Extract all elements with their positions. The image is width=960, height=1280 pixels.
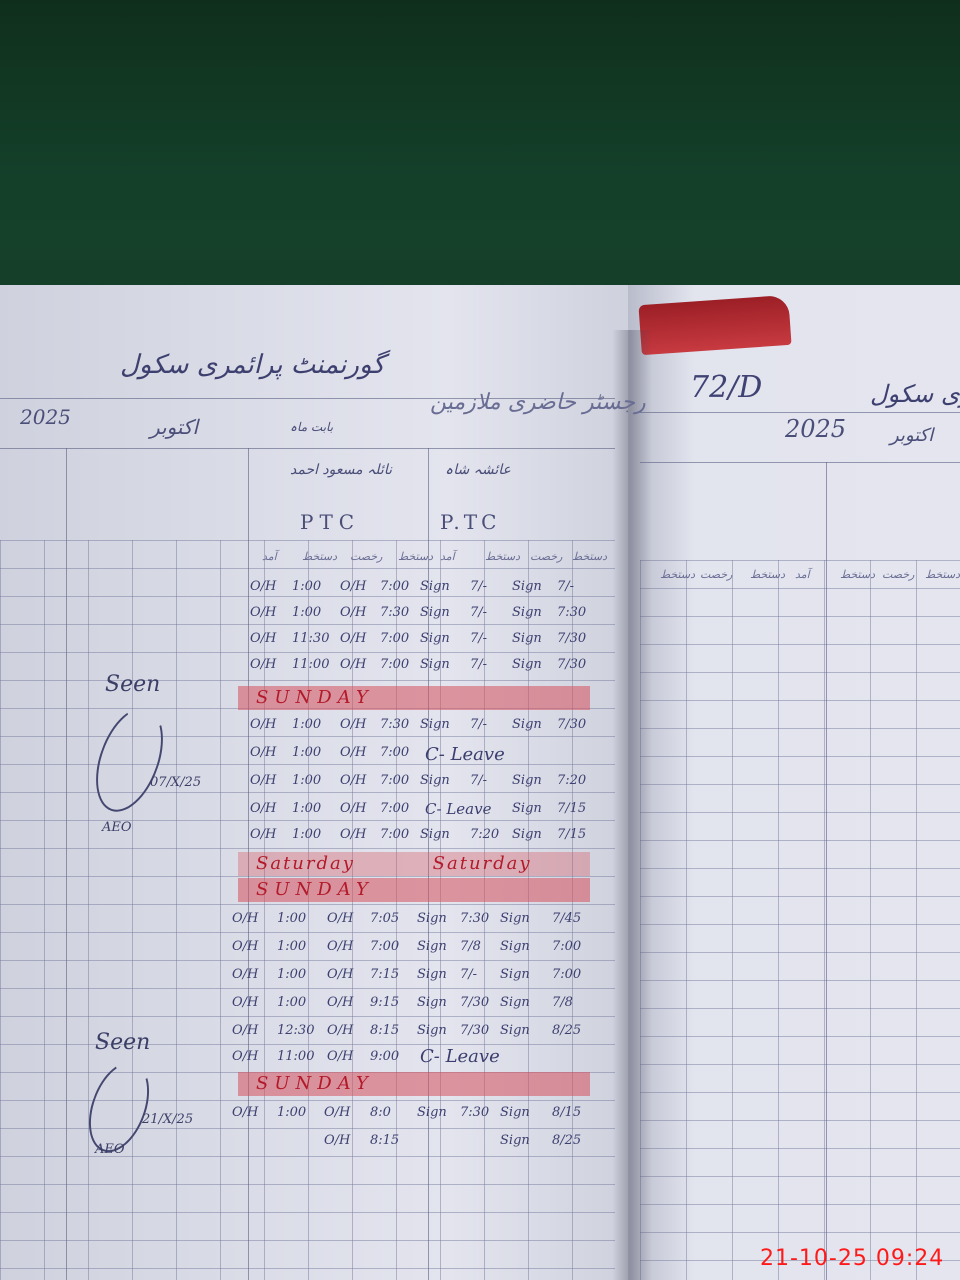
header-month: اکتوبر bbox=[150, 415, 198, 439]
column-head: آمد bbox=[262, 550, 277, 563]
staff-name-2: عائشہ شاہ bbox=[445, 462, 511, 478]
attendance-row: O/H1:00 O/H7:00 Sign7/8 Sign7:00 bbox=[232, 934, 592, 960]
camera-timestamp-overlay: 21-10-25 09:24 bbox=[760, 1246, 944, 1271]
column-head: دستخط bbox=[485, 550, 520, 563]
column-head: دستخط bbox=[302, 550, 337, 563]
saturday-holiday-row: Saturday Saturday bbox=[238, 852, 590, 876]
header-rule bbox=[640, 462, 960, 463]
column-head: رخصت bbox=[350, 550, 382, 563]
casual-leave-entry: C- Leave bbox=[420, 1046, 500, 1067]
column-head: دستخط bbox=[398, 550, 433, 563]
attendance-row: O/H1:00 O/H7:00 Sign7/- Sign7:20 bbox=[232, 768, 592, 794]
attendance-row: O/H1:00 O/H7:05 Sign7:30 Sign7/45 bbox=[232, 906, 592, 932]
casual-leave-entry: C- Leave bbox=[425, 800, 491, 818]
column-head: دستخط bbox=[572, 550, 607, 563]
signature-title: AEO bbox=[95, 1142, 125, 1157]
column-head: آمد bbox=[440, 550, 455, 563]
column-head: رخصت bbox=[530, 550, 562, 563]
green-cloth-background bbox=[0, 0, 960, 300]
casual-leave-entry: C- Leave bbox=[425, 744, 505, 765]
signature-date: 07/X/25 bbox=[150, 775, 201, 790]
red-bookmark-ribbon bbox=[638, 295, 791, 355]
staff-qualification-2: P.TC bbox=[440, 510, 500, 534]
right-header-year: 2025 bbox=[785, 415, 846, 443]
month-label: بابت ماہ bbox=[290, 420, 333, 434]
staff-name-1: نائلہ مسعود احمد bbox=[290, 462, 392, 478]
column-divider bbox=[66, 448, 67, 1280]
attendance-row: O/H8:15 Sign8/25 bbox=[232, 1128, 592, 1154]
register-title-urdu: رجسٹر حاضری ملازمین bbox=[430, 390, 646, 415]
school-name-urdu: گورنمنٹ پرائمری سکول bbox=[120, 350, 385, 380]
attendance-row: O/H1:00 O/H7:30 Sign7/- Sign7:30 bbox=[232, 600, 592, 626]
right-page-grid bbox=[640, 560, 960, 1280]
sunday-holiday-row: SUNDAY bbox=[238, 878, 590, 902]
attendance-row: O/H1:00 O/H7:00 Sign7/- Sign7/- bbox=[232, 574, 592, 600]
seen-text: Seen bbox=[95, 1030, 150, 1055]
attendance-row: O/H1:00 O/H7:15 Sign7/- Sign7:00 bbox=[232, 962, 592, 988]
staff-qualification-1: PTC bbox=[300, 510, 360, 534]
seen-text: Seen bbox=[105, 672, 160, 697]
header-rule bbox=[0, 448, 615, 449]
sunday-holiday-row: SUNDAY bbox=[238, 686, 590, 710]
attendance-row: O/H1:00 O/H8:0 Sign7:30 Sign8/15 bbox=[232, 1100, 592, 1126]
attendance-row: O/H1:00 O/H9:15 Sign7/30 Sign7/8 bbox=[232, 990, 592, 1016]
signature-date: 21/X/25 bbox=[142, 1112, 193, 1127]
attendance-row: O/H11:00 O/H7:00 Sign7/- Sign7/30 bbox=[232, 652, 592, 678]
attendance-row: O/H11:00 O/H9:00 bbox=[232, 1044, 592, 1070]
attendance-row: O/H1:00 O/H7:00 bbox=[232, 740, 592, 766]
attendance-row: O/H12:30 O/H8:15 Sign7/30 Sign8/25 bbox=[232, 1018, 592, 1044]
header-rule bbox=[640, 412, 960, 413]
right-header-code: 72/D bbox=[690, 370, 762, 405]
column-divider bbox=[826, 462, 827, 1280]
attendance-row: O/H1:00 O/H7:00 Sign7:20 Sign7/15 bbox=[232, 822, 592, 848]
signature-title: AEO bbox=[102, 820, 132, 835]
right-header-urdu: پرائمری سکول bbox=[870, 380, 960, 408]
right-header-month: اکتوبر bbox=[890, 425, 933, 446]
attendance-row: O/H1:00 O/H7:00 Sign7/15 bbox=[232, 796, 592, 822]
attendance-row: O/H1:00 O/H7:30 Sign7/- Sign7/30 bbox=[232, 712, 592, 738]
header-year: 2025 bbox=[20, 405, 71, 429]
sunday-holiday-row: SUNDAY bbox=[238, 1072, 590, 1096]
attendance-row: O/H11:30 O/H7:00 Sign7/- Sign7/30 bbox=[232, 626, 592, 652]
book-gutter bbox=[612, 330, 652, 1280]
